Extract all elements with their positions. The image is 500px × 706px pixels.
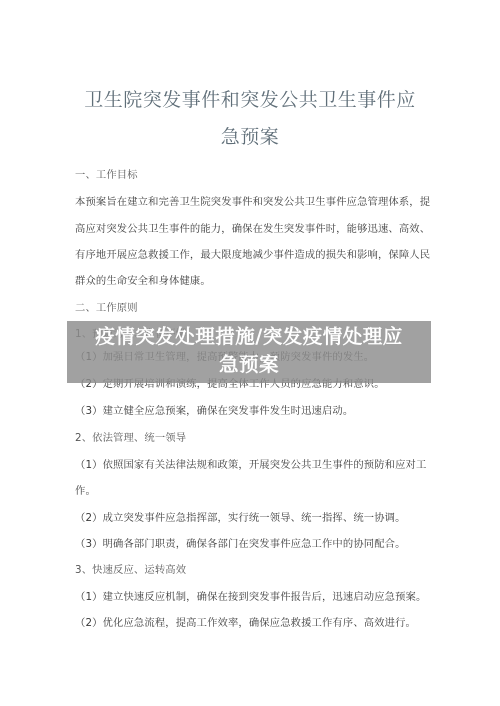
subheading-rapid-response: 3、快速反应、运转高效 [75, 563, 186, 577]
section-heading-work-principles: 二、工作原则 [75, 301, 138, 315]
document-title-line-2: 急预案 [0, 125, 500, 149]
list-item: （3）建立健全应急预案，确保在突发事件发生时迅速启动。 [75, 404, 353, 418]
list-item: （2）优化应急流程，提高工作效率，确保应急救援工作有序、高效进行。 [75, 616, 416, 630]
list-item: （3）明确各部门职责，确保各部门在突发事件应急工作中的协同配合。 [75, 537, 406, 551]
paragraph-line: 本预案旨在建立和完善卫生院突发事件和突发公共卫生事件应急管理体系，提 [75, 195, 430, 209]
paragraph-line: 高应对突发公共卫生事件的能力，确保在发生突发事件时，能够迅速、高效、 [75, 222, 430, 236]
overlay-banner-title: 疫情突发处理措施/突发疫情处理应 急预案 [67, 323, 431, 379]
list-item: （1）依照国家有关法律法规和政策，开展突发公共卫生事件的预防和应对工 [75, 458, 426, 472]
subheading-lawful-management: 2、依法管理、统一领导 [75, 431, 186, 445]
section-heading-work-goal: 一、工作目标 [75, 168, 138, 182]
overlay-banner-line-1: 疫情突发处理措施/突发疫情处理应 [67, 323, 431, 351]
list-item-continuation: 作。 [75, 484, 96, 498]
overlay-banner-line-2: 急预案 [67, 351, 431, 379]
document-title-line-1: 卫生院突发事件和突发公共卫生事件应 [0, 88, 500, 112]
paragraph-line: 有序地开展应急救援工作，最大限度地减少事件造成的损失和影响，保障人民 [75, 248, 430, 262]
list-item: （1）建立快速反应机制，确保在接到突发事件报告后，迅速启动应急预案。 [75, 590, 426, 604]
list-item: （2）成立突发事件应急指挥部，实行统一领导、统一指挥、统一协调。 [75, 511, 406, 525]
paragraph-line: 群众的生命安全和身体健康。 [75, 274, 211, 288]
